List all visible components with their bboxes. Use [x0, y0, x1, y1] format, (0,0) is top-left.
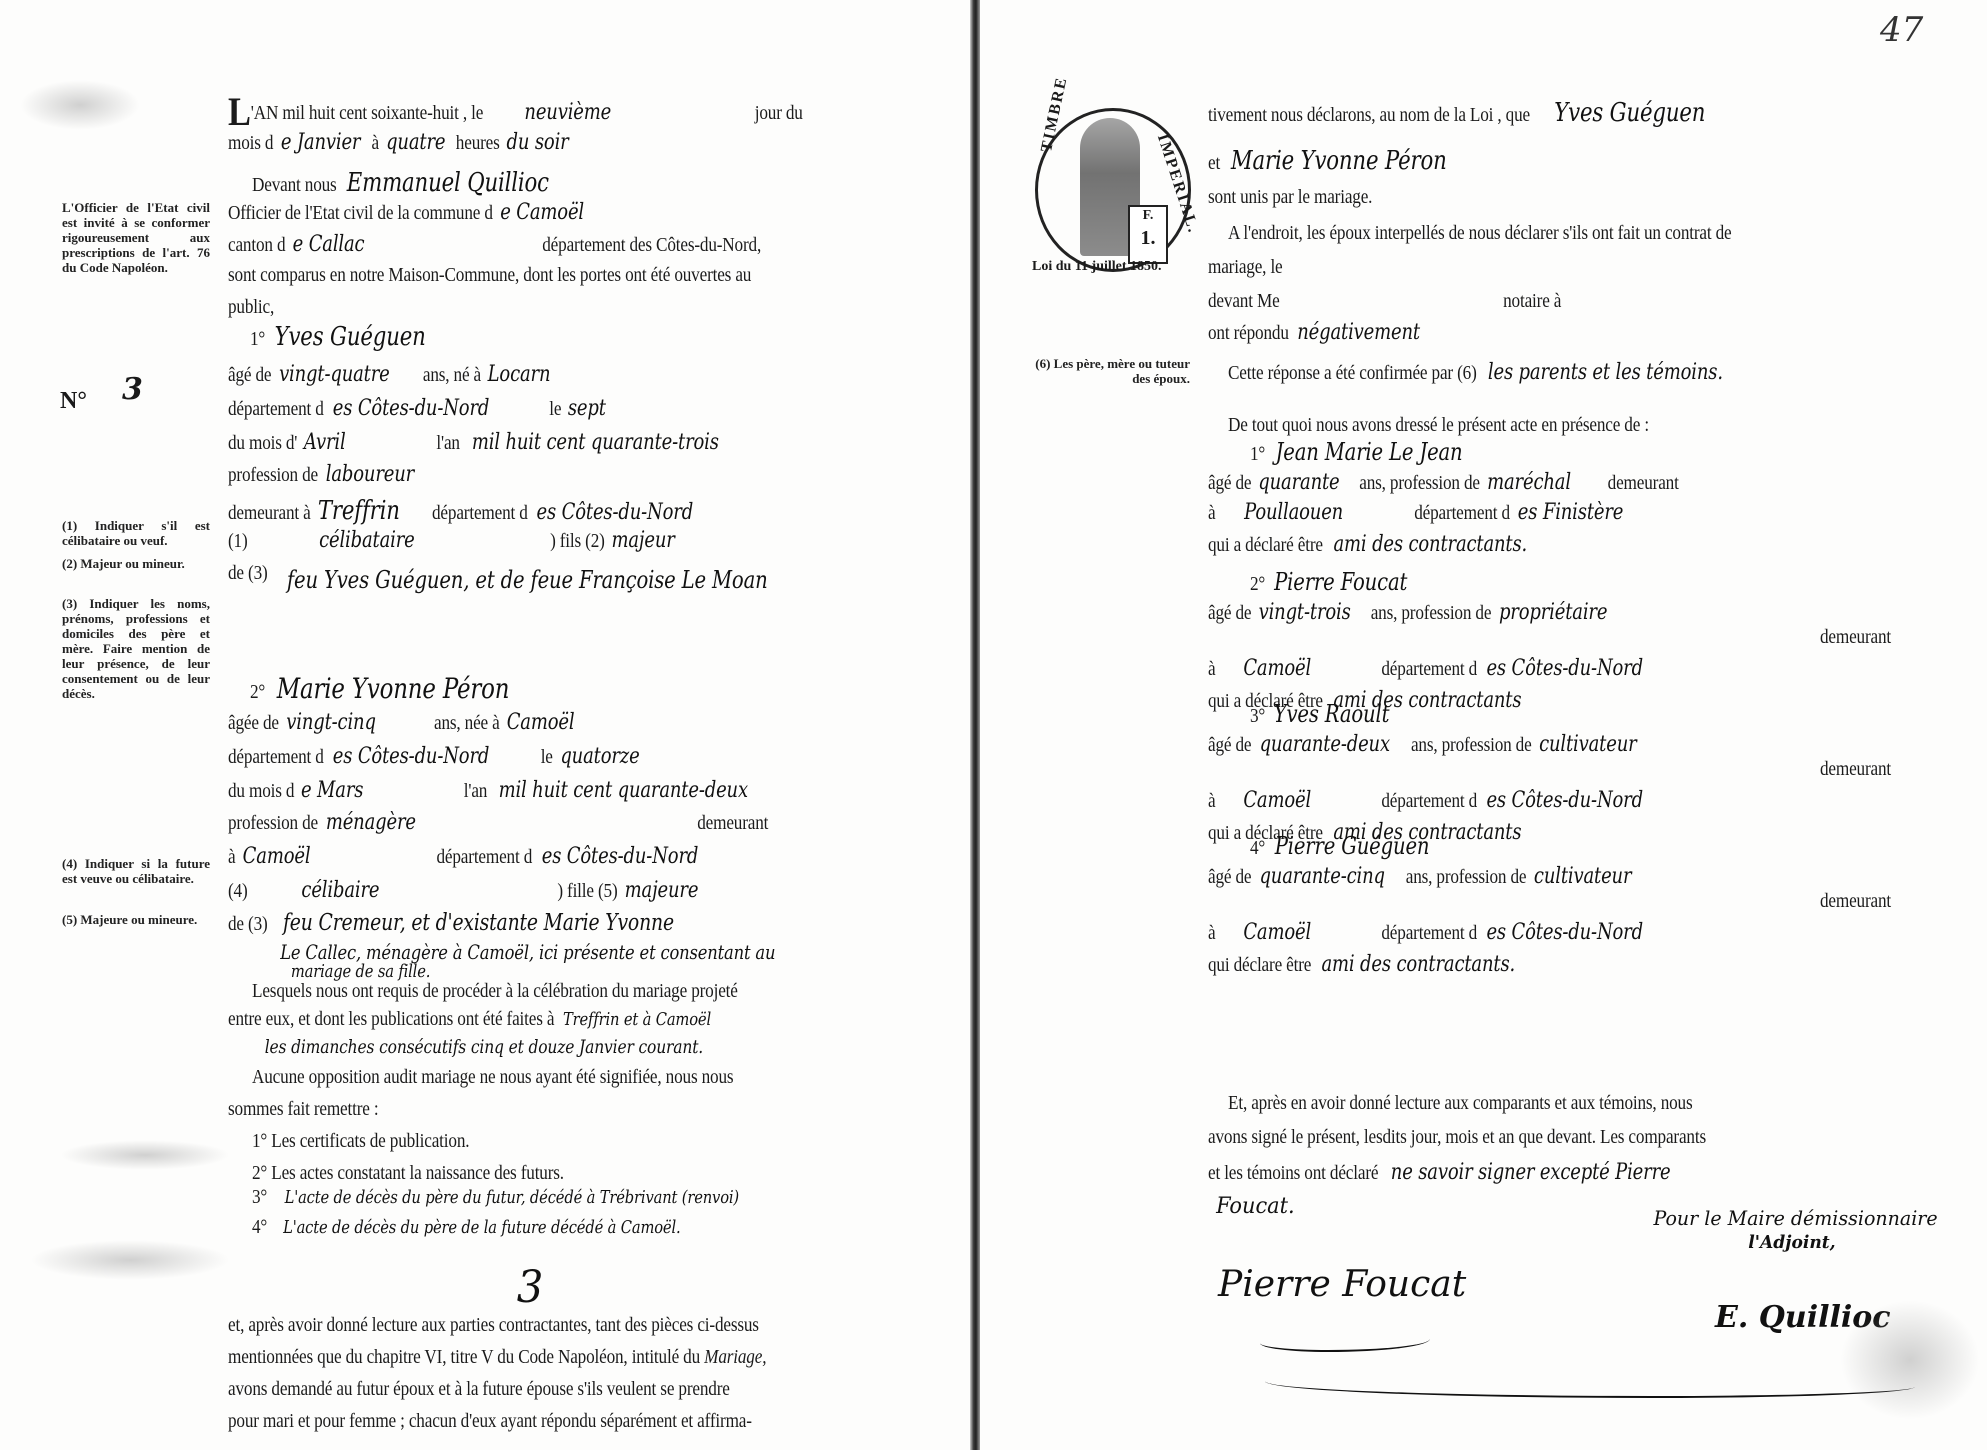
- signing-declaration-cont: Foucat.: [1216, 1194, 1295, 1219]
- closing-line-2: mentionnées que du chapitre VI, titre V …: [228, 1346, 766, 1369]
- groom-profession: laboureur: [325, 462, 413, 487]
- bride-profession: ménagère: [325, 810, 415, 835]
- witness-demeurant: demeurant: [1820, 626, 1891, 649]
- header-line-7: public,: [228, 296, 274, 319]
- witness-dept: es Côtes-du-Nord: [1486, 920, 1642, 945]
- contract-answer: négativement: [1297, 320, 1420, 345]
- documents-intro-1: Aucune opposition audit mariage ne nous …: [252, 1066, 733, 1089]
- contract-line-3: devant Menotaire à: [1208, 290, 1561, 313]
- closing-line-4: pour mari et pour femme ; chacun d'eux a…: [228, 1410, 752, 1433]
- margin-mark: 3: [517, 1262, 544, 1313]
- register-number-label: N°: [60, 388, 87, 415]
- witness-demeurant: demeurant: [1820, 758, 1891, 781]
- groom-parents: feu Yves Guéguen, et de feue Françoise L…: [287, 562, 826, 598]
- witness-residence-line: àPoullaouendépartement des Finistère: [1208, 500, 1631, 525]
- ink-smudge: [1840, 1300, 1980, 1420]
- declared-groom: Yves Guéguen: [1555, 98, 1706, 128]
- groom-name: Yves Guéguen: [274, 322, 425, 352]
- groom-name-line: 1°Yves Guéguen: [250, 322, 434, 352]
- witness-residence-line: àCamoëldépartement des Côtes-du-Nord: [1208, 920, 1652, 945]
- final-line-1: Et, après en avoir donné lecture aux com…: [1228, 1092, 1693, 1115]
- witness-age-line: âgé dequarante-deuxans, profession decul…: [1208, 732, 1674, 757]
- margin-scribble: [60, 1140, 230, 1170]
- groom-majority: majeur: [612, 528, 675, 553]
- bride-birth-day: quatorze: [560, 744, 639, 769]
- witness-profession: maréchal: [1487, 470, 1571, 495]
- bride-name-line: 2°Marie Yvonne Péron: [250, 672, 520, 705]
- margin-note-3: (3) Indiquer les noms, prénoms, professi…: [62, 596, 210, 701]
- witness-profession: cultivateur: [1539, 732, 1636, 757]
- witness-residence: Camoël: [1243, 920, 1311, 945]
- witness-intro: De tout quoi nous avons dressé le présen…: [1228, 414, 1649, 437]
- witness-profession: cultivateur: [1534, 864, 1631, 889]
- publications-line-2: entre eux, et dont les publications ont …: [228, 1008, 720, 1031]
- header-line-2: mois de Janvier àquatre heuresdu soir: [228, 130, 575, 155]
- mayor-line-2: l'Adjoint,: [1748, 1232, 1835, 1253]
- witness-name: Pierre Guéguen: [1274, 832, 1429, 860]
- final-line-3: et les témoins ont déclaréne savoir sign…: [1208, 1160, 1683, 1185]
- contract-line-2: mariage, le: [1208, 256, 1283, 279]
- header-line-5: canton de Callac département des Côtes-d…: [228, 232, 761, 257]
- witness-age: quarante-cinq: [1260, 864, 1385, 889]
- bride-age: vingt-cinq: [286, 710, 376, 735]
- witness-name: Pierre Foucat: [1274, 568, 1407, 596]
- page-divider: [970, 0, 980, 1450]
- groom-dept-line: département des Côtes-du-Nord lesept: [228, 396, 612, 421]
- commune: e Camoël: [500, 200, 584, 225]
- witness-dept: es Côtes-du-Nord: [1486, 788, 1642, 813]
- documents-intro-2: sommes fait remettre :: [228, 1098, 379, 1121]
- witness-residence: Poullaouen: [1244, 500, 1343, 525]
- bride-status: célibaire: [301, 878, 379, 903]
- header-line-1: L'AN mil huit cent soixante-huit , le ne…: [228, 88, 803, 135]
- document-item-2: 2° Les actes constatant la naissance des…: [252, 1162, 564, 1185]
- groom-age-line: âgé devingt-quatre ans, né àLocarn: [228, 362, 557, 387]
- margin-note-5: (5) Majeure ou mineure.: [62, 912, 210, 927]
- witness-name-line: 2°Pierre Foucat: [1250, 568, 1416, 596]
- witness-dept: es Finistère: [1518, 500, 1623, 525]
- stamp-shield: F. 1.: [1128, 205, 1168, 264]
- witness-relation: ami des contractants.: [1322, 952, 1516, 977]
- witness-profession: propriétaire: [1499, 600, 1607, 625]
- witness-relation-line: qui déclare êtreami des contractants.: [1208, 952, 1525, 977]
- header-line-4: Officier de l'Etat civil de la commune d…: [228, 200, 591, 225]
- groom-birthplace: Locarn: [488, 362, 551, 387]
- witness-dept: es Côtes-du-Nord: [1486, 656, 1642, 681]
- officer-name: Emmanuel Quillioc: [347, 168, 549, 198]
- contract-line-1: A l'endroit, les époux interpellés de no…: [1228, 222, 1732, 245]
- margin-note-2: (2) Majeur ou mineur.: [62, 556, 210, 571]
- bride-birth-month-line: du mois de Mars l'anmil huit cent quaran…: [228, 778, 760, 803]
- witness-name-line: 4°Pierre Guéguen: [1250, 832, 1438, 860]
- witness-age: vingt-trois: [1259, 600, 1351, 625]
- closing-line-3: avons demandé au futur époux et à la fut…: [228, 1378, 730, 1401]
- witness-name-line: 1°Jean Marie Le Jean: [1250, 438, 1472, 466]
- document-item-4: 4°L'acte de décès du père de la future d…: [252, 1216, 696, 1239]
- header-line-3: Devant nousEmmanuel Quillioc: [252, 168, 560, 198]
- closing-line-1: et, après avoir donné lecture aux partie…: [228, 1314, 759, 1337]
- signing-declaration: ne savoir signer excepté Pierre: [1391, 1160, 1671, 1185]
- bride-status-line: (4)célibaire ) fille (5)majeure: [228, 878, 705, 903]
- margin-scribble: [20, 80, 140, 130]
- witness-age-line: âgé dequarante-cinqans, profession decul…: [1208, 864, 1669, 889]
- folio-number: 47: [1880, 10, 1923, 50]
- witness-name: Yves Raoult: [1273, 700, 1389, 728]
- bride-age-line: âgée devingt-cinq ans, née àCamoël: [228, 710, 581, 735]
- time-of-day: du soir: [506, 130, 568, 155]
- witness-residence: Camoël: [1243, 656, 1311, 681]
- witness-name-line: 3°Yves Raoult: [1250, 700, 1397, 728]
- groom-birth-month-line: du mois d'Avril l'anmil huit cent quaran…: [228, 430, 730, 455]
- bride-birth-year: mil huit cent quarante-deux: [499, 778, 748, 803]
- bride-birthplace: Camoël: [507, 710, 575, 735]
- margin-note-4: (4) Indiquer si la future est veuve ou c…: [62, 856, 210, 886]
- witness-residence-line: àCamoëldépartement des Côtes-du-Nord: [1208, 656, 1652, 681]
- header-line-6: sont comparus en notre Maison-Commune, d…: [228, 264, 751, 287]
- document-item-3: 3°L'acte de décès du père du futur, décé…: [252, 1186, 756, 1209]
- bride-parents-line-1: de (3)feu Cremeur, et d'existante Marie …: [228, 910, 689, 936]
- confirmed-by: les parents et les témoins.: [1488, 360, 1723, 385]
- witness-relation: ami des contractants.: [1333, 532, 1527, 557]
- margin-note-6: (6) Les père, mère ou tuteur des époux.: [1030, 356, 1190, 386]
- witness-demeurant: demeurant: [1820, 890, 1891, 913]
- bride-name: Marie Yvonne Péron: [276, 672, 509, 705]
- witness-age-line: âgé dequaranteans, profession demaréchal…: [1208, 470, 1679, 495]
- witness-residence-line: àCamoëldépartement des Côtes-du-Nord: [1208, 788, 1652, 813]
- groom-residence: Treffrin: [318, 496, 400, 526]
- margin-scribble: [30, 1240, 230, 1280]
- declaration-line-2: etMarie Yvonne Péron: [1208, 146, 1458, 176]
- witness-age: quarante-deux: [1260, 732, 1390, 757]
- document-item-1: 1° Les certificats de publication.: [252, 1130, 469, 1153]
- groom-birth-day: sept: [568, 396, 606, 421]
- publication-places: Treffrin et à Camoël: [563, 1009, 711, 1030]
- declared-bride: Marie Yvonne Péron: [1231, 146, 1447, 176]
- groom-age: vingt-quatre: [279, 362, 390, 387]
- groom-birth-year: mil huit cent quarante-trois: [472, 430, 719, 455]
- groom-status-line: (1)célibataire ) fils (2)majeur: [228, 528, 682, 553]
- witness-age: quarante: [1259, 470, 1340, 495]
- stamp-law: Loi du 11 juillet 1850.: [1032, 258, 1182, 276]
- contract-answer-line: ont répondunégativement: [1208, 320, 1428, 345]
- declaration-line-3: sont unis par le mariage.: [1208, 186, 1372, 209]
- margin-note-1: (1) Indiquer s'il est célibataire ou veu…: [62, 518, 210, 548]
- marriage-month: e Janvier: [281, 130, 361, 155]
- publications-line-1: Lesquels nous ont requis de procéder à l…: [252, 980, 738, 1003]
- bride-dept-line: département des Côtes-du-Nord lequatorze: [228, 744, 647, 769]
- groom-status: célibataire: [319, 528, 415, 553]
- declaration-line-1: tivement nous déclarons, au nom de la Lo…: [1208, 98, 1715, 128]
- confirmation-line: Cette réponse a été confirmée par (6)les…: [1228, 360, 1734, 385]
- groom-parents-line: de (3)feu Yves Guéguen, et de feue Franç…: [228, 562, 845, 598]
- witness-relation-line: qui a déclaré êtreami des contractants.: [1208, 532, 1537, 557]
- bride-majority: majeure: [625, 878, 699, 903]
- witness-signature: Pierre Foucat: [1218, 1264, 1466, 1305]
- groom-residence-line: demeurant àTreffrin département des Côte…: [228, 496, 703, 526]
- final-line-2: avons signé le présent, lesdits jour, mo…: [1208, 1126, 1706, 1149]
- bride-residence: Camoël: [242, 844, 310, 869]
- marriage-day: neuvième: [524, 100, 611, 125]
- publications-dates: les dimanches consécutifs cinq et douze …: [248, 1036, 720, 1059]
- mayor-line-1: Pour le Maire démissionnaire: [1653, 1206, 1937, 1230]
- witness-age-line: âgé devingt-troisans, profession depropr…: [1208, 600, 1645, 625]
- bride-residence-line: àCamoël département des Côtes-du-Nord: [228, 844, 707, 869]
- witness-residence: Camoël: [1243, 788, 1311, 813]
- bride-profession-line: profession deménagère demeurant: [228, 810, 768, 835]
- canton: e Callac: [292, 232, 364, 257]
- witness-name: Jean Marie Le Jean: [1275, 438, 1462, 466]
- groom-profession-line: profession delaboureur: [228, 462, 421, 487]
- margin-note-officer: L'Officier de l'Etat civil est invité à …: [62, 200, 210, 275]
- marriage-hour: quatre: [386, 130, 445, 155]
- register-number: 3: [122, 372, 143, 407]
